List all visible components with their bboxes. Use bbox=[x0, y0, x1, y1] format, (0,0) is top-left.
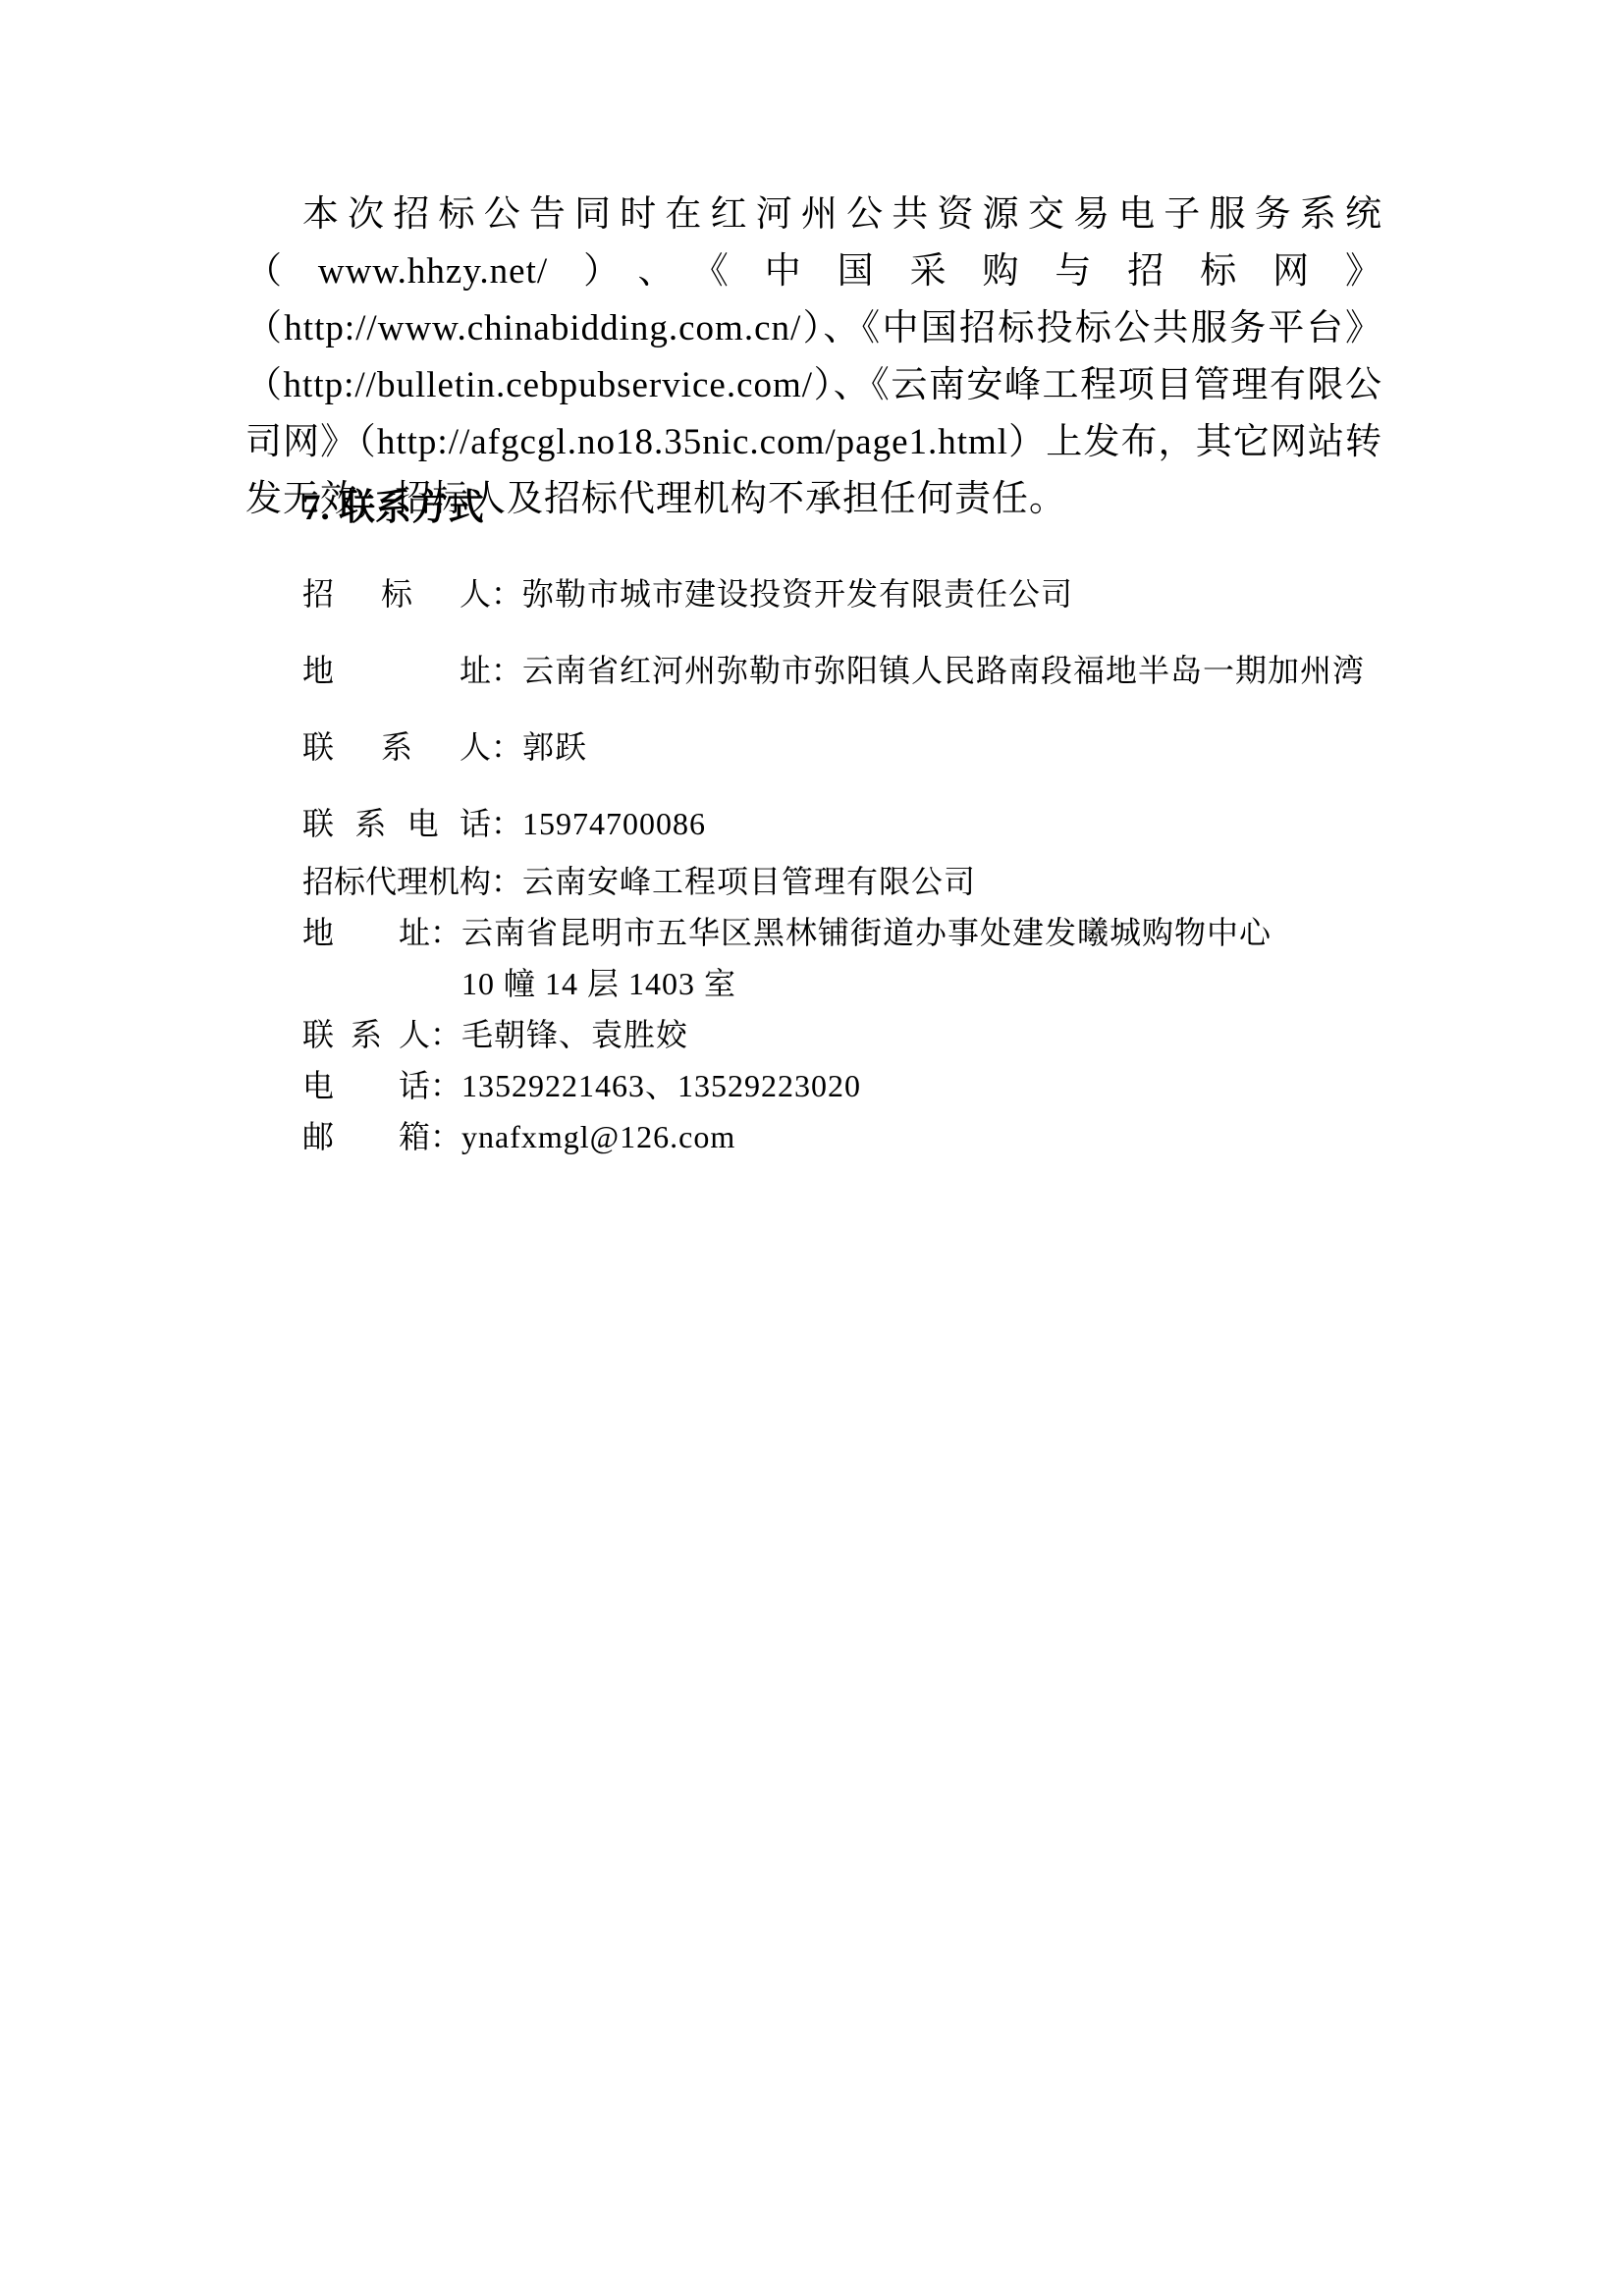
field-value: 云南省红河州弥勒市弥阳镇人民路南段福地半岛一期加州湾 bbox=[522, 653, 1365, 688]
label-colon: ： bbox=[491, 785, 522, 862]
field-value: 郭跃 bbox=[522, 729, 587, 765]
field-value: 15974700086 bbox=[522, 806, 706, 841]
field-label: 地址 bbox=[302, 907, 430, 958]
agency-email-row: 邮箱：ynafxmgl@126.com bbox=[302, 1111, 1272, 1162]
label-colon: ： bbox=[491, 709, 522, 785]
field-value: 云南安峰工程项目管理有限公司 bbox=[522, 864, 976, 899]
field-value: 13529221463、13529223020 bbox=[461, 1068, 861, 1103]
announcement-publication-paragraph: 本次招标公告同时在红河州公共资源交易电子服务系统（www.hhzy.net/）、… bbox=[245, 187, 1382, 528]
agency-address-row: 地址：云南省昆明市五华区黑林铺街道办事处建发曦城购物中心 bbox=[302, 907, 1272, 958]
agency-name-row: 招标代理机构：云南安峰工程项目管理有限公司 bbox=[302, 856, 1272, 907]
agency-contact-person-row: 联系人：毛朝锋、袁胜姣 bbox=[302, 1009, 1272, 1060]
tenderer-phone-row: 联系电话：15974700086 bbox=[302, 785, 1365, 862]
label-colon: ： bbox=[430, 907, 461, 958]
tenderer-name-row: 招标人：弥勒市城市建设投资开发有限责任公司 bbox=[302, 556, 1365, 632]
label-colon: ： bbox=[491, 556, 522, 632]
tenderer-contact-person-row: 联系人：郭跃 bbox=[302, 709, 1365, 785]
label-colon: ： bbox=[430, 1060, 461, 1111]
field-value: 云南省昆明市五华区黑林铺街道办事处建发曦城购物中心 bbox=[461, 915, 1272, 950]
agency-address-row-continuation: 10 幢 14 层 1403 室 bbox=[302, 958, 1272, 1009]
field-label: 邮箱 bbox=[302, 1111, 430, 1162]
field-label: 电话 bbox=[302, 1060, 430, 1111]
field-label: 招标代理机构 bbox=[302, 856, 491, 907]
field-label: 招标人 bbox=[302, 556, 491, 632]
label-colon: ： bbox=[491, 856, 522, 907]
tenderer-address-row: 地址：云南省红河州弥勒市弥阳镇人民路南段福地半岛一期加州湾 bbox=[302, 632, 1365, 709]
label-colon: ： bbox=[491, 632, 522, 709]
label-colon: ： bbox=[430, 1009, 461, 1060]
field-label: 联系人 bbox=[302, 1009, 430, 1060]
document-page: 本次招标公告同时在红河州公共资源交易电子服务系统（www.hhzy.net/）、… bbox=[0, 0, 1624, 2296]
field-value: 10 幢 14 层 1403 室 bbox=[461, 966, 736, 1001]
field-value: 弥勒市城市建设投资开发有限责任公司 bbox=[522, 576, 1073, 612]
field-value: 毛朝锋、袁胜姣 bbox=[461, 1017, 688, 1052]
field-value: ynafxmgl@126.com bbox=[461, 1119, 735, 1154]
section-heading-contact-info: 7. 联系方式 bbox=[302, 488, 484, 529]
field-label: 地址 bbox=[302, 632, 491, 709]
agency-phone-row: 电话：13529221463、13529223020 bbox=[302, 1060, 1272, 1111]
field-label: 联系人 bbox=[302, 709, 491, 785]
label-colon: ： bbox=[430, 1111, 461, 1162]
agency-contact-block: 招标代理机构：云南安峰工程项目管理有限公司 地址：云南省昆明市五华区黑林铺街道办… bbox=[302, 856, 1272, 1162]
tenderer-contact-block: 招标人：弥勒市城市建设投资开发有限责任公司 地址：云南省红河州弥勒市弥阳镇人民路… bbox=[302, 556, 1365, 862]
field-label: 联系电话 bbox=[302, 785, 491, 862]
